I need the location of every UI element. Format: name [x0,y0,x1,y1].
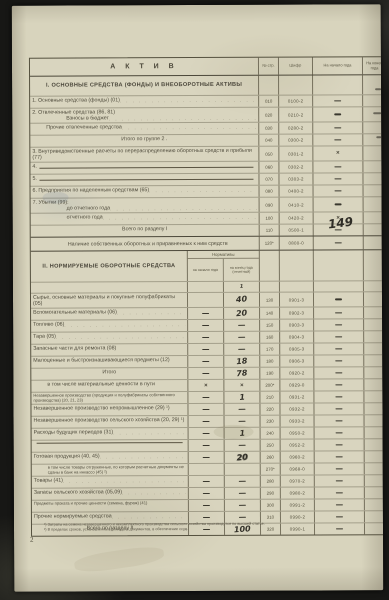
dash-mark [239,444,246,446]
dash-mark [334,178,341,180]
row-label: Тара (05) [33,334,56,340]
leader-dots: . . . . . . . . . . . . . . . . . . . . … [110,206,257,212]
leader-dots: . . . . . . . . . . . . . . . . . . . . … [64,322,185,328]
end-year-cell [362,122,383,133]
paper-sheet: А К Т И В № стр. Шифр На начало года На … [12,4,384,592]
row-sublabel: до отчетного года [33,205,111,211]
row-label: 5. [32,176,36,182]
end-year-cell [363,212,384,223]
dash-mark [238,336,245,338]
row-label-cell: 4. [30,162,258,174]
code-cell: 0950-2 [280,427,314,438]
row-label: 6. Предприятия по наделенным средствам (… [33,187,150,194]
label-line: Тара (05). . . . . . . . . . . . . . . .… [33,333,185,340]
dash-mark [203,481,210,483]
label-line: Итого по группе 2 . [32,136,256,143]
row-label: 4. [32,164,36,170]
cross-mark: × [240,382,244,388]
label-line: Готовая продукция (40, 45). . . . . . . … [34,453,186,460]
own-funds-label: Наличие собственных оборотных и приравне… [62,240,228,247]
row-label-cell: 5. [30,174,258,186]
row-label-cell: Запасы сельского хозяйства (05,09). . . … [32,488,188,500]
norm-begin-cell [187,332,223,343]
norm-begin-cell [188,500,224,511]
dash-mark [239,480,246,482]
section1-rows: 1. Основные средства (фонды) (01). . . .… [30,95,383,237]
balance-table: А К Т И В № стр. Шифр На начало года На … [29,56,383,537]
section2-header-row: II. НОРМИРУЕМЫЕ ОБОРОТНЫЕ СРЕДСТВА Норма… [31,250,383,283]
label-line: 4. [32,163,256,170]
row-label-cell: Товары (41). . . . . . . . . . . . . . .… [32,476,188,488]
code-cell: 0400-2 [279,185,313,196]
line-no-cell: 290 [260,488,280,499]
begin-year-cell [313,185,363,196]
label-line: Прочие отвлеченные средства. . . . . . .… [32,124,256,131]
row-label: в том числе материальные ценности в пути [33,381,155,388]
line-no-cell: 280 [260,476,280,487]
code-cell: 0303-2 [278,173,312,184]
section1-title: I. ОСНОВНЫЕ СРЕДСТВА (ФОНДЫ) И ВНЕОБОРОТ… [32,82,256,89]
code-cell: 0980-2 [280,487,314,498]
line-no-cell: 140 [259,308,279,319]
end-year-cell [363,367,383,378]
row-label-cell: 7. Убытки (99):до отчетного года. . . . … [31,198,259,213]
norm-end-cell: 20 [223,308,259,319]
end-year-cell [363,403,383,414]
dash-mark [202,349,209,351]
line-no-cell: 050 [258,147,278,161]
begin-year-cell [313,307,363,318]
table-row: 3. Внутриведомственные расчеты по перера… [30,146,383,163]
code-cell: 0991-2 [280,499,314,510]
row-label: Сырье, основные материалы и покупные пол… [33,294,185,307]
norm-end-cell [223,332,259,343]
label-line: 1. Основные средства (фонды) (01). . . .… [32,97,256,104]
handwritten-value: 18 [236,357,248,366]
leader-dots: . . . . . . . . . . . . . . . . . . . . … [122,125,256,131]
norm-begin-cell [188,476,224,487]
handwritten-value: 78 [236,369,248,378]
begin-year-cell [314,451,364,462]
dash-mark [336,516,343,518]
end-year-cell [364,487,383,498]
end-year-cell [362,107,383,121]
norm-begin-cell [187,308,223,319]
column-header-begin-year: На начало года [324,64,352,68]
line-no-cell: 180 [259,356,279,367]
line-no-cell: 230 [260,416,280,427]
dash-mark [336,504,343,506]
line-no-cell: 200* [259,380,279,391]
row-label-cell: Малоценные и быстроизнашивающиеся предме… [31,356,187,368]
line-no-cell: 270* [260,464,280,475]
norm-end-cell [224,464,260,475]
code-cell: 0500-1 [279,224,313,235]
leader-dots: . . . . . . . . . . . . . . . . . . . . … [117,310,185,315]
end-year-cell [363,331,383,342]
begin-year-cell [313,197,363,211]
handwritten-value: 20 [236,309,248,318]
begin-year-cell [312,107,362,121]
row-label-cell: 6. Предприятия по наделенным средствам (… [31,186,259,198]
table-row: Сырье, основные материалы и покупные пол… [31,292,383,309]
norm-end-cell: 18 [223,356,259,367]
dash-mark [334,166,341,168]
dash-mark [238,408,245,410]
line-no-cell: 100 [259,213,279,224]
page-number: 2 [30,536,34,544]
end-year-cell [364,475,384,486]
dash-mark [336,420,343,422]
norm-end-cell: 1 [223,392,259,403]
norm-end-cell: 40 [223,293,259,307]
begin-year-cell [314,487,364,498]
code-cell: 0420-2 [279,212,313,223]
line-no-cell: 060 [258,162,278,173]
end-year-cell [363,355,383,366]
code-cell: 0952-2 [280,439,314,450]
row-label: Товары (41) [34,478,63,484]
line-no-cell: 240 [260,428,280,439]
row-label-cell: Топливо (06). . . . . . . . . . . . . . … [31,320,187,332]
norm-end-cell: 1 [224,428,260,439]
row-label: Запасы сельского хозяйства (05,09) [34,489,122,495]
row-label-cell: отчетного года. . . . . . . . . . . . . … [31,213,259,225]
leader-dots: . . . . . . . . . . . . . . . . . . . . … [56,334,185,340]
begin-year-cell [313,391,363,402]
begin-year-cell [314,439,364,450]
section2-rows: Сырье, основные материалы и покупные пол… [31,292,383,536]
cross-mark: × [336,150,340,156]
begin-year-cell [312,134,362,145]
end-year-cell [364,415,384,426]
dash-mark [335,299,342,301]
norm-begin-cell [187,293,223,307]
norm-begin-cell [188,440,224,451]
dash-mark [334,139,341,141]
norm-begin-cell [187,344,223,355]
row-label: Прочие нормируемые средства [34,513,112,519]
end-year-cell [362,146,383,160]
own-funds-code: 0800-0 [289,241,305,246]
code-cell: 0903-3 [279,319,313,330]
begin-year-cell [314,415,364,426]
row-label-cell: Предметы проката и прочие ценности (семе… [32,500,188,512]
begin-year-cell [312,173,362,184]
norm-columns-header: Нормативы на начало года на конец года (… [187,251,259,281]
blank-rule [40,177,254,180]
begin-year-cell [314,427,364,438]
norm-begin-cell [187,320,223,331]
line-no-cell: 170 [259,344,279,355]
dash-mark [335,348,342,350]
begin-year-cell [313,367,363,378]
end-year-cell [363,185,384,196]
end-year-cell [364,427,384,438]
line-no-cell: 040 [258,135,278,146]
line-no-cell: 010 [258,96,278,107]
label-line: Малоценные и быстроизнашивающиеся предме… [33,357,185,364]
dash-mark [336,444,343,446]
label-line: Запасные части для ремонта (08) [33,345,185,352]
line-no-cell: 020 [258,108,278,122]
dash-mark [203,517,210,519]
code-cell: 0933-2 [280,415,314,426]
label-line: Запасы сельского хозяйства (05,09). . . … [34,489,186,496]
norm-end-cell: 20 [224,452,260,463]
dash-mark [335,312,342,314]
norm-begin-cell [187,356,223,367]
end-year-cell [363,391,383,402]
label-line: Незавершенное производство (продукция и … [33,393,185,403]
dash-mark [238,348,245,350]
line-no-cell: 160 [259,332,279,343]
line-no-cell: 220 [259,404,279,415]
end-year-cell [363,319,383,330]
label-line: Расходы будущих периодов (31). . . . . .… [34,429,186,436]
row-label-cell: Всего по разделу I [31,225,259,237]
dash-mark [336,432,343,434]
code-cell: 0302-2 [278,161,312,172]
norm-end-cell [223,344,259,355]
row-label: Малоценные и быстроизнашивающиеся предме… [33,357,169,364]
norm-end-cell: 78 [223,368,259,379]
code-cell: 0970-2 [280,475,314,486]
label-line: 3. Внутриведомственные расчеты по перера… [32,148,256,161]
section1-title-row: I. ОСНОВНЫЕ СРЕДСТВА (ФОНДЫ) И ВНЕОБОРОТ… [30,75,383,97]
row-label-cell: Незавершенное производство сельского хоз… [32,416,188,428]
label-line: Взносы в бюджет. . . . . . . . . . . . .… [32,115,256,122]
row-label: Расходы будущих периодов (31) [34,429,114,435]
end-year-cell [363,307,383,318]
norm-end-cell [224,488,260,499]
end-year-cell [363,379,383,390]
label-line: Товары (41). . . . . . . . . . . . . . .… [34,477,186,484]
row-label: Незавершенное производство непромышленно… [33,405,169,412]
leader-dots: . . . . . . . . . . . . . . . . . . . . … [103,215,257,221]
dash-mark [203,493,210,495]
line-no-cell: 130 [259,293,279,307]
dash-mark [335,336,342,338]
dash-mark [202,373,209,375]
dash-mark [202,337,209,339]
code-cell: 0100-2 [278,95,312,106]
norm-begin-cell: × [187,380,223,391]
line-no-cell: 260 [260,452,280,463]
row-label: Всего по разделу I [33,226,257,233]
label-line: Итого [33,369,185,376]
leader-dots: . . . . . . . . . . . . . . . . . . . . … [120,98,256,104]
row-label-cell: Итого по группе 2 . [30,135,258,147]
table-header-row: А К Т И В № стр. Шифр На начало года На … [30,57,383,77]
handwriting-fragment [375,88,381,90]
norm-begin-cell [187,368,223,379]
handwritten-value: 1 [239,393,245,401]
label-line: до отчетного года. . . . . . . . . . . .… [33,205,257,212]
dash-mark [334,114,341,116]
begin-year-cell [313,292,363,306]
code-cell: 0300-2 [278,134,312,145]
begin-year-cell [314,475,364,486]
blank-rule [40,165,254,168]
label-line: 6. Предприятия по наделенным средствам (… [33,187,257,194]
dash-mark [335,324,342,326]
label-line: в том числе товары отгруженные, по котор… [34,465,186,475]
dash-mark [335,242,342,244]
code-cell: 0905-3 [279,343,313,354]
leader-dots: . . . . . . . . . . . . . . . . . . . . … [113,430,185,435]
end-year-cell [363,343,383,354]
footnotes: ¹) Затраты на семена незавершенного и не… [44,521,374,532]
page-title: А К Т И В [32,63,256,71]
dash-mark [336,468,343,470]
norm-end-cell [224,440,260,451]
dash-mark [239,420,246,422]
begin-year-cell [312,95,362,106]
row-label: Незавершенное производство сельского хоз… [34,417,185,424]
row-label: Топливо (06) [33,322,64,328]
dash-mark [335,384,342,386]
handwriting-fragment [376,136,381,138]
leader-dots: . . . . . . . . . . . . . . . . . . . . … [149,188,256,193]
begin-year-cell [314,499,364,510]
begin-year-cell [313,403,363,414]
label-line: Незавершенное производство непромышленно… [33,405,185,412]
norm-begin-cell [188,428,224,439]
begin-year-cell [313,343,363,354]
end-year-cell [362,95,383,106]
norm-begin-cell [187,392,223,403]
dash-mark [238,324,245,326]
row-sublabel: Взносы в бюджет [32,115,109,121]
handwritten-value: 40 [236,295,248,304]
dash-mark [203,421,210,423]
label-line [34,441,186,445]
row-label-cell: 3. Внутриведомственные расчеты по перера… [30,147,258,162]
norm-begin-cell [187,404,223,415]
label-line: в том числе материальные ценности в пути [33,381,185,388]
row-label: Прочие отвлеченные средства [32,124,122,130]
row-label: 3. Внутриведомственные расчеты по перера… [32,148,256,161]
row-label: Запасные части для ремонта (08) [33,345,116,351]
dash-mark [203,433,210,435]
dash-mark [335,372,342,374]
row-label-cell: Прочие отвлеченные средства. . . . . . .… [30,123,258,135]
line-no-cell: 300 [260,500,280,511]
norm-begin-cell [188,416,224,427]
norm-col-begin-header: на начало года [188,259,223,281]
end-year-cell [363,224,384,235]
dash-mark [335,360,342,362]
row-label-cell: Тара (05). . . . . . . . . . . . . . . .… [31,332,187,344]
code-cell: 0901-3 [279,292,313,306]
row-label: в том числе товары отгруженные, по котор… [34,465,186,475]
row-label-cell: Запасные части для ремонта (08) [31,344,187,356]
norm-end-cell [224,476,260,487]
label-line: Сырье, основные материалы и покупные пол… [33,294,185,307]
dash-mark [202,313,209,315]
dash-mark [336,480,343,482]
code-cell: 0902-3 [279,307,313,318]
code-cell: 0210-2 [278,107,312,121]
row-label-cell: в том числе товары отгруженные, по котор… [32,464,188,476]
code-cell: 0301-2 [278,146,312,160]
norm-begin-cell [188,488,224,499]
blank-rule [37,441,183,444]
table-row: 7. Убытки (99):до отчетного года. . . . … [31,197,384,214]
label-line: Предметы проката и прочие ценности (семе… [34,501,186,506]
line-no-cell: 250 [260,440,280,451]
label-line: Всего по разделу I [33,226,257,233]
end-year-cell [363,292,383,306]
code-cell: 0932-2 [279,403,313,414]
row-label-cell: 1. Основные средства (фонды) (01). . . .… [30,96,258,108]
own-funds-line-no: 120* [265,241,274,246]
row-label: Вспомогательные материалы (06) [33,309,117,315]
norm-begin-cell [188,464,224,475]
label-line: отчетного года. . . . . . . . . . . . . … [33,214,257,221]
code-cell: 0920-2 [279,367,313,378]
row-label-cell: Вспомогательные материалы (06). . . . . … [31,308,187,320]
row-label: Предметы проката и прочие ценности (семе… [34,501,147,506]
column-header-code: Шифр [289,64,301,68]
begin-year-cell [313,319,363,330]
row-label: Незавершенное производство (продукция и … [33,393,185,403]
line-no-cell: 030 [258,123,278,134]
label-line: Топливо (06). . . . . . . . . . . . . . … [33,321,185,328]
handwritten-value: 20 [236,453,248,462]
dash-mark [335,408,342,410]
section2-title: II. НОРМИРУЕМЫЕ ОБОРОТНЫЕ СРЕДСТВА [33,263,185,270]
dash-mark [334,127,341,129]
row-label: 1. Основные средства (фонды) (01) [32,97,120,103]
norm-end-cell [224,416,260,427]
end-year-cell [364,451,384,462]
row-label-cell: в том числе материальные ценности в пути [31,380,187,392]
line-no-cell: 110 [259,225,279,236]
dash-mark [202,361,209,363]
row-label: отчетного года [33,214,103,220]
code-cell: 0280-2 [278,122,312,133]
line-no-cell: 070 [258,174,278,185]
label-line: 5. [32,175,256,182]
end-year-cell [363,197,384,211]
dash-mark [203,445,210,447]
line-no-cell: 210 [259,392,279,403]
row-label-cell: Итого [31,368,187,380]
own-funds-row: Наличие собственных оборотных и приравне… [31,235,384,252]
leader-dots: . . . . . . . . . . . . . . . . . . . . … [112,514,186,519]
column-header-end-year: На конец года [365,61,383,70]
dash-mark [336,456,343,458]
row-label-cell: 2. Отвлеченные средства (86, 81)Взносы в… [30,108,258,123]
leader-dots: . . . . . . . . . . . . . . . . . . . . … [122,490,186,495]
line-no-cell: 150 [259,320,279,331]
end-year-cell [364,463,384,474]
line-no-cell: 090 [259,198,279,212]
end-year-cell [362,161,383,172]
dash-mark [335,204,342,206]
label-line: Вспомогательные материалы (06). . . . . … [33,309,185,316]
label-line: Незавершенное производство сельского хоз… [34,417,186,424]
norm-end-cell [224,500,260,511]
column-header-line-no: № стр. [262,64,274,68]
code-cell: 0410-2 [279,197,313,211]
code-cell: 0968-0 [280,463,314,474]
row-label: Итого по группе 2 . [32,136,256,143]
handwritten-mark: 1 [239,283,243,291]
row-label-cell: Готовая продукция (40, 45). . . . . . . … [32,452,188,464]
